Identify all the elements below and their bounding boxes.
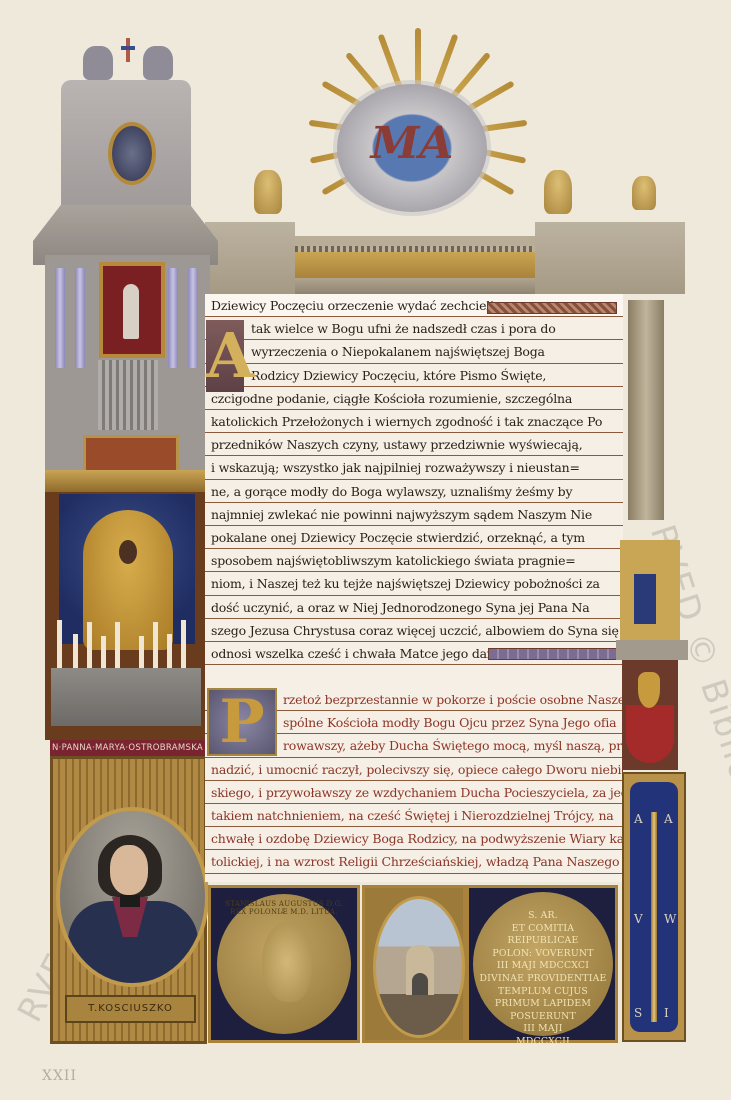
text-line: skiego, i przywoławszy ze wzdychaniem Du… [205, 781, 623, 804]
crowned-head-icon [638, 672, 660, 708]
angel-left-icon [83, 46, 113, 80]
altar-oval-painting [108, 122, 156, 185]
ornament-bar [487, 302, 617, 314]
text-line: tak wielce w Bogu ufni że nadszedł czas … [205, 317, 623, 340]
cherub-left-icon [254, 170, 282, 214]
sceptre-letter: I [664, 1006, 669, 1020]
king-medal: STANISLAUS AUGUSTUS D.G. REX POLONIÆ M.D… [217, 894, 351, 1034]
sceptre-letter: S [634, 1006, 642, 1020]
sceptre-panel: A A V W S I [622, 772, 686, 1042]
gate-scene-panel [362, 885, 466, 1043]
finial-icon [632, 176, 656, 210]
cherub-right-icon [544, 170, 572, 214]
text-line: czcigodne podanie, ciągłe Kościoła rozum… [205, 387, 623, 410]
cloud-medallion: MA [337, 84, 487, 212]
text-line: niom, i Naszej też ku tejże najświętszej… [205, 572, 623, 595]
text-line: najmniej zwlekać nie powinni najwyższym … [205, 503, 623, 526]
manuscript-text-panel: Dziewicy Poczęciu orzeczenie wydać zechc… [205, 294, 623, 882]
text-line: pokalane onej Dziewicy Poczęcie stwierdz… [205, 526, 623, 549]
text-line: chwałę i ozdobę Dziewicy Boga Rodzicy, n… [205, 827, 623, 850]
cross-icon [121, 38, 135, 62]
altar-tower [33, 40, 218, 480]
sceptre-letter: V [634, 912, 643, 926]
king-profile [262, 922, 312, 1002]
illuminated-initial-a: A [206, 320, 244, 392]
medal-inscription: STANISLAUS AUGUSTUS D.G. REX POLONIÆ M.D… [217, 900, 351, 916]
text-line: ne, a gorące modły do Boga wylawszy, uzn… [205, 480, 623, 503]
sceptre-letter: W [664, 912, 676, 926]
ornament-bar [488, 648, 618, 660]
text-line: Rodzicy Dziewicy Poczęciu, które Pismo Ś… [205, 364, 623, 387]
text-line: nadzić, i umocnić raczył, polecivszy się… [205, 758, 623, 781]
right-column [620, 240, 690, 660]
text-line: katolickich Przełożonych i wiernych zgod… [205, 410, 623, 433]
ostra-brama-icon-painting [45, 470, 205, 740]
kosciuszko-portrait-frame: T.KOSCIUSZKO [50, 756, 207, 1044]
kosciuszko-portrait [56, 807, 209, 987]
text-line: dość uczynić, a oraz w Niej Jednorodzone… [205, 596, 623, 619]
altar-organ [98, 360, 158, 430]
page-number: XXII [42, 1068, 77, 1084]
commemorative-medal-panel: S. AR. ET COMITIA REIPUBLICAE POLON: VOV… [466, 885, 618, 1043]
icon-caption: N·PANNA·MARYA·OSTROBRAMSKA [50, 740, 205, 756]
portrait-nameplate: T.KOSCIUSZKO [65, 995, 196, 1023]
sceptre-letter: A [664, 812, 673, 826]
marian-monogram: MA [337, 118, 487, 169]
coat-of-arms-panel [622, 660, 678, 770]
text-line: i wskazują; wszystko jak najpilniej rozw… [205, 456, 623, 479]
angel-right-icon [143, 46, 173, 80]
altar-niche-statue [99, 262, 165, 358]
king-medal-panel: STANISLAUS AUGUSTUS D.G. REX POLONIÆ M.D… [208, 885, 360, 1043]
text-line: szego Jezusa Chrystusa coraz więcej uczc… [205, 619, 623, 642]
text-line: tolickiej, i na wzrost Religii Chrześcia… [205, 850, 623, 873]
entablature [205, 222, 685, 294]
text-line: sposobem najświętobliwszym katolickiego … [205, 549, 623, 572]
sceptre-letter: A [634, 812, 643, 826]
lapis-panel [630, 570, 660, 628]
shield-icon [626, 705, 674, 763]
text-line: takiem natchnieniem, na cześć Świętej i … [205, 804, 623, 827]
ostra-brama-gate-painting [373, 896, 465, 1038]
sceptre-icon [651, 812, 657, 1022]
text-line: przedników Naszych czyny, ustawy przedzi… [205, 433, 623, 456]
illuminated-initial-p: P [207, 688, 277, 756]
commemorative-medal: S. AR. ET COMITIA REIPUBLICAE POLON: VOV… [473, 892, 613, 1036]
medal-text: S. AR. ET COMITIA REIPUBLICAE POLON: VOV… [473, 910, 613, 1049]
text-line: wyrzeczenia o Niepokalanem najświętszej … [205, 340, 623, 363]
sunburst-monogram: MA [275, 28, 555, 248]
candles [55, 618, 195, 668]
